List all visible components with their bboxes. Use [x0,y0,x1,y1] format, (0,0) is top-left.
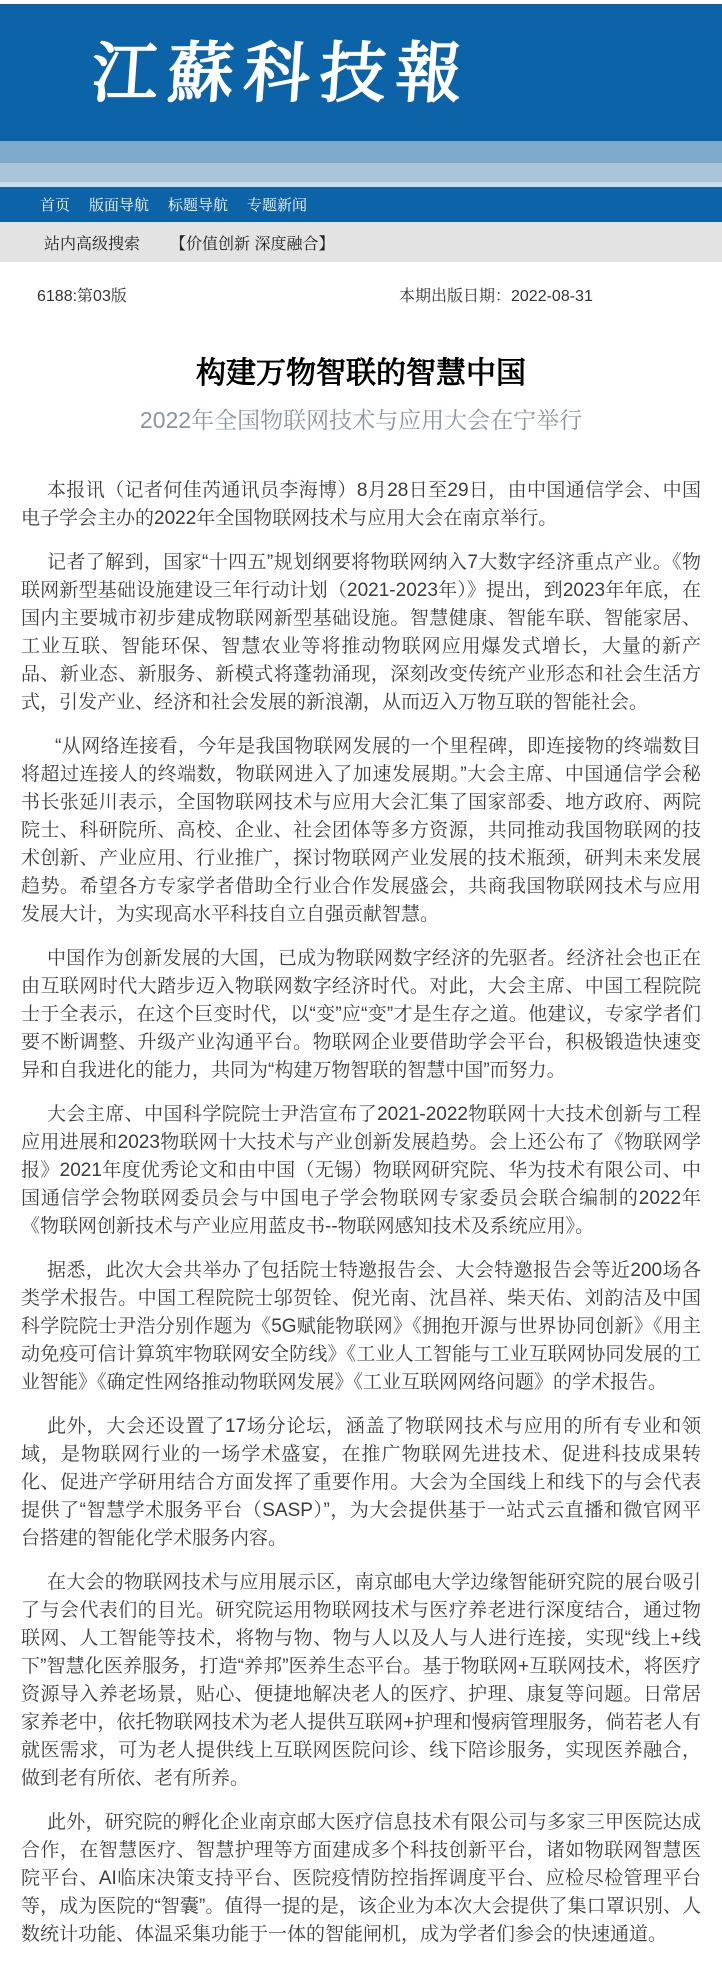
paragraph-4: 中国作为创新发展的大国，已成为物联网数字经济的先驱者。经济社会也正在由互联网时代… [21,945,701,1085]
header-gradient-band-2 [0,163,722,182]
paragraph-6: 据悉，此次大会共举办了包括院士特邀报告会、大会特邀报告会等近200场各类学术报告… [21,1257,701,1397]
issue-info-bar: 6188:第03版 本期出版日期：2022-08-31 [0,262,722,314]
advanced-search-link[interactable]: 站内高级搜索 [44,231,140,254]
nav-item-home[interactable]: 首页 [40,194,70,215]
masthead-banner: 江蘇科技報 [0,4,722,141]
issue-number: 6188:第03版 [37,283,127,306]
paragraph-8: 在大会的物联网技术与应用展示区，南京邮电大学边缘智能研究院的展台吸引了与会代表们… [21,1569,701,1793]
paragraph-3: “从网络连接看，今年是我国物联网发展的一个里程碑，即连接物的终端数目将超过连接人… [21,733,701,929]
sub-navbar: 站内高级搜索 【价值创新 深度融合】 [0,222,722,262]
page: 江蘇科技報 首页 版面导航 标题导航 专题新闻 站内高级搜索 【价值创新 深度融… [0,0,722,1987]
main-navbar: 首页 版面导航 标题导航 专题新闻 [0,187,722,222]
nav-item-title-navigation[interactable]: 标题导航 [168,194,228,215]
article-subtitle: 2022年全国物联网技术与应用大会在宁举行 [21,407,701,433]
nav-item-special-news[interactable]: 专题新闻 [247,194,307,215]
article: 构建万物智联的智慧中国 2022年全国物联网技术与应用大会在宁举行 本报讯（记者… [0,314,722,1977]
paragraph-1: 本报讯（记者何佳芮通讯员李海博）8月28日至29日，由中国通信学会、中国电子学会… [21,477,701,533]
paragraph-2: 记者了解到，国家“十四五”规划纲要将物联网纳入7大数字经济重点产业。《物联网新型… [21,549,701,717]
newspaper-logo[interactable]: 江蘇科技報 [89,34,474,112]
article-title: 构建万物智联的智慧中国 [21,354,701,394]
slogan-link[interactable]: 【价值创新 深度融合】 [170,231,334,254]
paragraph-5: 大会主席、中国科学院院士尹浩宣布了2021-2022物联网十大技术创新与工程应用… [21,1101,701,1241]
paragraph-7: 此外，大会还设置了17场分论坛，涵盖了物联网技术与应用的所有专业和领域，是物联网… [21,1413,701,1553]
article-body: 本报讯（记者何佳芮通讯员李海博）8月28日至29日，由中国通信学会、中国电子学会… [21,477,701,1949]
publish-date: 本期出版日期：2022-08-31 [399,283,593,306]
paragraph-9: 此外，研究院的孵化企业南京邮大医疗信息技术有限公司与多家三甲医院达成合作，在智慧… [21,1809,701,1949]
nav-item-page-navigation[interactable]: 版面导航 [89,194,149,215]
header-gradient-band-1 [0,141,722,163]
